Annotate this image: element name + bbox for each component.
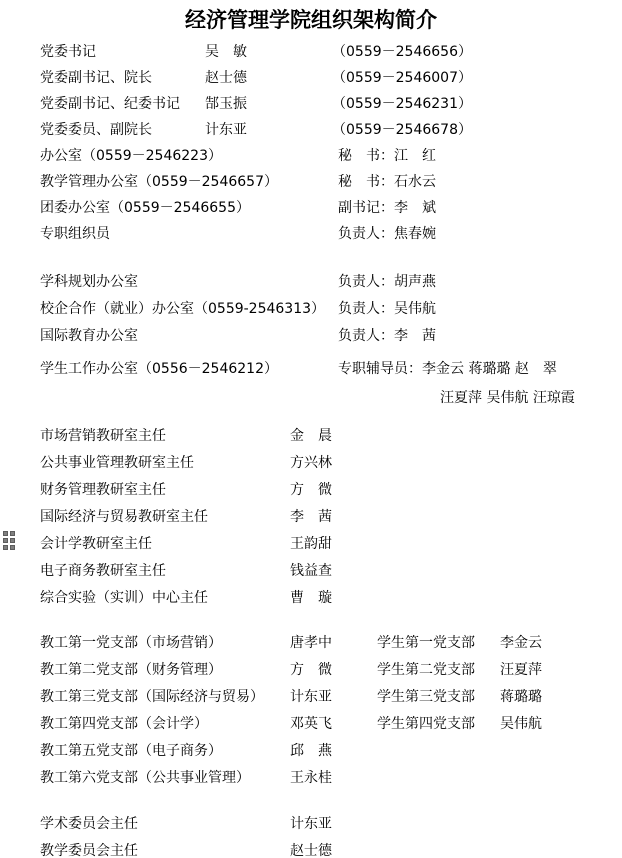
position-title: 党委副书记、纪委书记 — [40, 91, 180, 117]
branch-row: 教工第六党支部（公共事业管理） 王永桂 — [0, 765, 622, 792]
office-name: 办公室（0559－2546223） — [40, 143, 222, 169]
leadership-row: 党委副书记、纪委书记 郜玉振 （0559－2546231） — [0, 91, 622, 117]
office-staff: 负责人：李 茜 — [338, 323, 436, 350]
position-title: 公共事业管理教研室主任 — [40, 450, 194, 477]
person-name: 钱益查 — [290, 558, 332, 585]
office-name: 团委办公室（0559－2546655） — [40, 195, 250, 221]
phone-number: （0559－2546656） — [332, 39, 472, 65]
faculty-branch-name: 教工第六党支部（公共事业管理） — [40, 765, 250, 792]
position-title: 综合实验（实训）中心主任 — [40, 585, 208, 612]
office-staff: 负责人：吴伟航 — [338, 296, 436, 323]
person-name: 赵士德 — [290, 838, 332, 858]
person-name: 方兴林 — [290, 450, 332, 477]
office-staff: 副书记：李 斌 — [338, 195, 436, 221]
faculty-branch-name: 教工第三党支部（国际经济与贸易） — [40, 684, 264, 711]
office-row: 团委办公室（0559－2546655） 副书记：李 斌 — [0, 195, 622, 221]
office-name: 国际教育办公室 — [40, 323, 138, 350]
position-title: 电子商务教研室主任 — [40, 558, 166, 585]
leadership-row: 党委委员、副院长 计东亚 （0559－2546678） — [0, 117, 622, 143]
position-title: 党委副书记、院长 — [40, 65, 152, 91]
director-row: 国际经济与贸易教研室主任 李 茜 — [0, 504, 622, 531]
page-title: 经济管理学院组织架构简介 — [0, 4, 622, 34]
office-name: 专职组织员 — [40, 221, 110, 247]
student-branch-name: 学生第一党支部 — [377, 630, 475, 657]
position-title: 市场营销教研室主任 — [40, 423, 166, 450]
faculty-branch-person: 邱 燕 — [290, 738, 332, 765]
office-staff: 负责人：焦春婉 — [338, 221, 436, 247]
section-committees: 学术委员会主任 计东亚 教学委员会主任 赵士德 — [0, 811, 622, 858]
faculty-branch-person: 邓英飞 — [290, 711, 332, 738]
faculty-branch-name: 教工第五党支部（电子商务） — [40, 738, 222, 765]
grip-dot — [3, 538, 8, 543]
person-name: 金 晨 — [290, 423, 332, 450]
student-branch-name: 学生第四党支部 — [377, 711, 475, 738]
faculty-branch-name: 教工第一党支部（市场营销） — [40, 630, 222, 657]
grip-dot — [10, 531, 15, 536]
office-row: 办公室（0559－2546223） 秘 书：江 红 — [0, 143, 622, 169]
section-teaching-research: 市场营销教研室主任 金 晨 公共事业管理教研室主任 方兴林 财务管理教研室主任 … — [0, 423, 622, 612]
person-name: 赵士德 — [205, 65, 247, 91]
student-branch-name: 学生第二党支部 — [377, 657, 475, 684]
branch-row: 教工第三党支部（国际经济与贸易） 计东亚 学生第三党支部 蒋璐璐 — [0, 684, 622, 711]
position-title: 党委委员、副院长 — [40, 117, 152, 143]
student-branch-person: 汪夏萍 — [500, 657, 542, 684]
office-staff: 秘 书：江 红 — [338, 143, 436, 169]
student-branch-name: 学生第三党支部 — [377, 684, 475, 711]
position-title: 教学委员会主任 — [40, 838, 138, 858]
director-row: 电子商务教研室主任 钱益查 — [0, 558, 622, 585]
director-row: 会计学教研室主任 王韵甜 — [0, 531, 622, 558]
grip-dot — [10, 545, 15, 550]
student-branch-person: 李金云 — [500, 630, 542, 657]
phone-number: （0559－2546007） — [332, 65, 472, 91]
student-branch-person: 蒋璐璐 — [500, 684, 542, 711]
person-name: 计东亚 — [205, 117, 247, 143]
grip-dot — [3, 531, 8, 536]
office-row-continuation: 汪夏萍 吴伟航 汪琼霞 — [0, 384, 622, 413]
document-page: 经济管理学院组织架构简介 党委书记 吴 敏 （0559－2546656） 党委副… — [0, 0, 622, 858]
grip-dot — [3, 545, 8, 550]
student-branch-person: 吴伟航 — [500, 711, 542, 738]
office-name: 学科规划办公室 — [40, 269, 138, 296]
person-name: 郜玉振 — [205, 91, 247, 117]
phone-number: （0559－2546231） — [332, 91, 472, 117]
leadership-row: 党委副书记、院长 赵士德 （0559－2546007） — [0, 65, 622, 91]
committee-row: 学术委员会主任 计东亚 — [0, 811, 622, 838]
faculty-branch-person: 方 微 — [290, 657, 332, 684]
person-name: 方 微 — [290, 477, 332, 504]
person-name: 计东亚 — [290, 811, 332, 838]
office-row: 学生工作办公室（0556－2546212） 专职辅导员：李金云 蒋璐璐 赵 翠 — [0, 355, 622, 384]
person-name: 吴 敏 — [205, 39, 247, 65]
branch-row: 教工第一党支部（市场营销） 唐孝中 学生第一党支部 李金云 — [0, 630, 622, 657]
office-staff-line2: 汪夏萍 吴伟航 汪琼霞 — [440, 384, 575, 413]
office-staff: 专职辅导员：李金云 蒋璐璐 赵 翠 — [338, 355, 557, 384]
office-row: 学科规划办公室 负责人：胡声燕 — [0, 269, 622, 296]
position-title: 会计学教研室主任 — [40, 531, 152, 558]
person-name: 王韵甜 — [290, 531, 332, 558]
drag-handle-icon[interactable] — [3, 531, 15, 550]
person-name: 曹 璇 — [290, 585, 332, 612]
director-row: 综合实验（实训）中心主任 曹 璇 — [0, 585, 622, 612]
office-staff: 秘 书：石水云 — [338, 169, 436, 195]
position-title: 党委书记 — [40, 39, 96, 65]
section-party-branches: 教工第一党支部（市场营销） 唐孝中 学生第一党支部 李金云 教工第二党支部（财务… — [0, 630, 622, 792]
director-row: 财务管理教研室主任 方 微 — [0, 477, 622, 504]
faculty-branch-person: 王永桂 — [290, 765, 332, 792]
faculty-branch-person: 计东亚 — [290, 684, 332, 711]
office-row: 专职组织员 负责人：焦春婉 — [0, 221, 622, 247]
office-name: 校企合作（就业）办公室（0559-2546313） — [40, 296, 325, 323]
section-leadership: 党委书记 吴 敏 （0559－2546656） 党委副书记、院长 赵士德 （05… — [0, 39, 622, 143]
faculty-branch-name: 教工第二党支部（财务管理） — [40, 657, 222, 684]
grip-dot — [10, 538, 15, 543]
section-admin-offices: 办公室（0559－2546223） 秘 书：江 红 教学管理办公室（0559－2… — [0, 143, 622, 247]
office-staff: 负责人：胡声燕 — [338, 269, 436, 296]
director-row: 市场营销教研室主任 金 晨 — [0, 423, 622, 450]
office-row: 教学管理办公室（0559－2546657） 秘 书：石水云 — [0, 169, 622, 195]
person-name: 李 茜 — [290, 504, 332, 531]
branch-row: 教工第四党支部（会计学） 邓英飞 学生第四党支部 吴伟航 — [0, 711, 622, 738]
office-name: 教学管理办公室（0559－2546657） — [40, 169, 278, 195]
faculty-branch-name: 教工第四党支部（会计学） — [40, 711, 208, 738]
branch-row: 教工第五党支部（电子商务） 邱 燕 — [0, 738, 622, 765]
phone-number: （0559－2546678） — [332, 117, 472, 143]
branch-row: 教工第二党支部（财务管理） 方 微 学生第二党支部 汪夏萍 — [0, 657, 622, 684]
position-title: 学术委员会主任 — [40, 811, 138, 838]
faculty-branch-person: 唐孝中 — [290, 630, 332, 657]
office-row: 校企合作（就业）办公室（0559-2546313） 负责人：吴伟航 — [0, 296, 622, 323]
committee-row: 教学委员会主任 赵士德 — [0, 838, 622, 858]
section-dept-offices: 学科规划办公室 负责人：胡声燕 校企合作（就业）办公室（0559-2546313… — [0, 269, 622, 413]
leadership-row: 党委书记 吴 敏 （0559－2546656） — [0, 39, 622, 65]
position-title: 国际经济与贸易教研室主任 — [40, 504, 208, 531]
office-name: 学生工作办公室（0556－2546212） — [40, 355, 278, 384]
position-title: 财务管理教研室主任 — [40, 477, 166, 504]
director-row: 公共事业管理教研室主任 方兴林 — [0, 450, 622, 477]
office-row: 国际教育办公室 负责人：李 茜 — [0, 323, 622, 350]
